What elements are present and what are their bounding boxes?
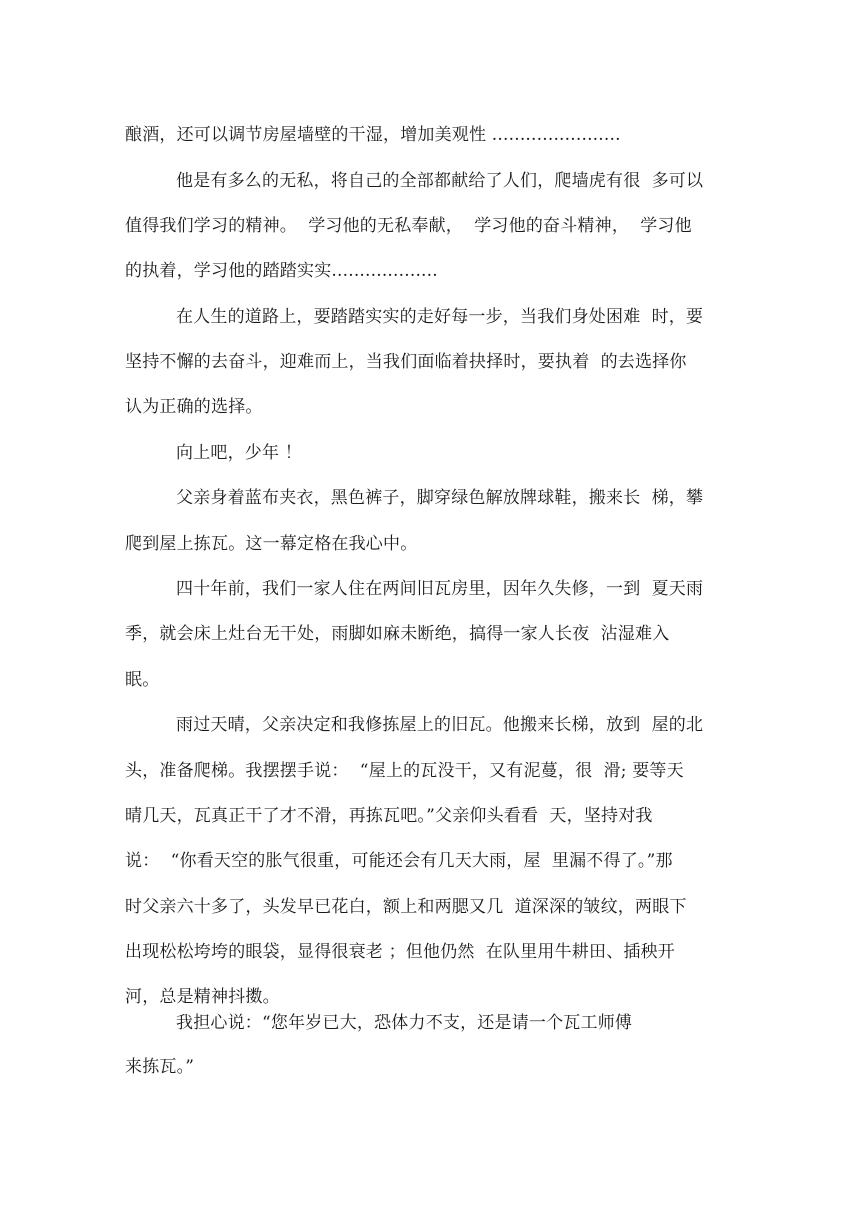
text-line-8: 向上吧，少年 ！ [176, 441, 302, 465]
text-line-19: 出现松松垮垮的眼袋，显得很衰老 ；但他仍然 在队里用牛耕田、插秧开 [125, 940, 675, 964]
text-line-22: 来拣瓦。” [125, 1055, 194, 1079]
text-line-1: 酿酒，还可以调节房屋墙壁的干湿，增加美观性 ..................… [125, 123, 621, 147]
text-line-11: 四十年前，我们一家人住在两间旧瓦房里，因年久失修，一到 夏天雨 [176, 577, 703, 601]
text-line-3: 值得我们学习的精神。 学习他的无私奉献， 学习他的奋斗精神， 学习他 [125, 214, 692, 238]
text-line-16: 晴几天，瓦真正干了才不滑，再拣瓦吧。”父亲仰头看看 天，坚持对我 [125, 804, 653, 828]
text-line-13: 眠。 [125, 668, 159, 692]
text-line-17: 说： “你看天空的胀气很重，可能还会有几天大雨，屋 里漏不得了。”那 [125, 849, 673, 873]
document-page: 酿酒，还可以调节房屋墙壁的干湿，增加美观性 ..................… [0, 0, 860, 1218]
text-line-7: 认为正确的选择。 [125, 395, 263, 419]
text-line-9: 父亲身着蓝布夹衣，黑色裤子，脚穿绿色解放牌球鞋，搬来长 梯，攀 [176, 486, 703, 510]
text-line-12: 季，就会床上灶台无干处，雨脚如麻未断绝，搞得一家人长夜 沾湿难入 [125, 622, 669, 646]
text-line-4: 的执着，学习他的踏踏实实................... [125, 259, 438, 283]
text-line-2: 他是有多么的无私，将自己的全部都献给了人们，爬墙虎有很 多可以 [176, 169, 703, 193]
text-line-15: 头，准备爬梯。我摆摆手说： “屋上的瓦没干，又有泥蔓，很 滑; 要等天 [125, 759, 684, 783]
text-line-6: 坚持不懈的去奋斗，迎难而上，当我们面临着抉择时，要执着 的去选择你 [125, 350, 687, 374]
text-line-14: 雨过天晴，父亲决定和我修拣屋上的旧瓦。他搬来长梯，放到 屋的北 [176, 713, 703, 737]
text-line-10: 爬到屋上拣瓦。这一幕定格在我心中。 [125, 532, 417, 556]
text-line-5: 在人生的道路上，要踏踏实实的走好每一步，当我们身处困难 时，要 [176, 305, 703, 329]
text-line-18: 时父亲六十多了，头发早已花白，额上和两腮又几 道深深的皱纹，两眼下 [125, 895, 687, 919]
text-line-20: 河，总是精神抖擞。 [125, 985, 280, 1009]
text-line-21: 我担心说：“您年岁已大，恐体力不支，还是请一个瓦工师傅 [176, 1011, 632, 1035]
